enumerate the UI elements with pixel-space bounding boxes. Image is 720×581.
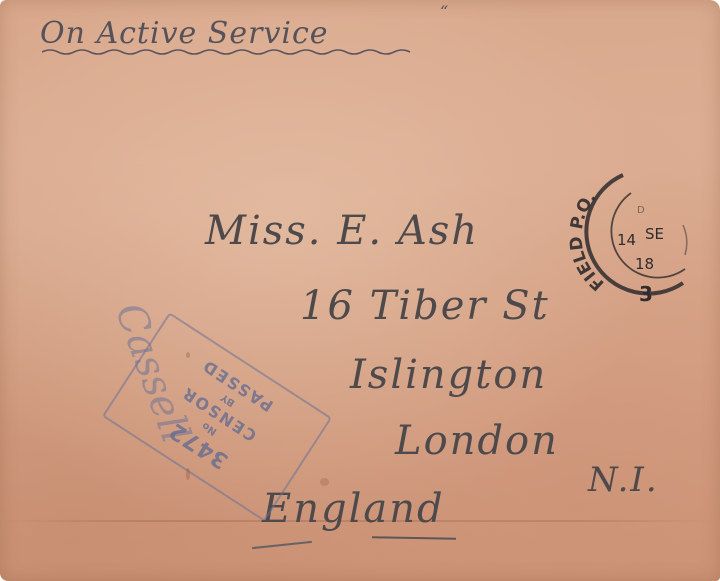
- postmark-office-number: 3: [639, 282, 653, 305]
- postmark-month: SE: [645, 225, 664, 243]
- recipient-name: Miss. E. Ash: [205, 208, 479, 254]
- country-underline-flourish: [252, 541, 312, 549]
- postmark-top-letter: D: [637, 205, 645, 216]
- paper-stain: [320, 478, 329, 486]
- address-street: 16 Tiber St: [300, 283, 550, 329]
- field-post-office-postmark: FIELD P.O. D 14 SE 18 3: [565, 165, 705, 305]
- envelope: On Active Service “ Miss. E. Ash 16 Tibe…: [0, 0, 720, 581]
- ink-speck: [186, 468, 190, 480]
- quote-mark: “: [440, 2, 450, 21]
- heading-wavy-underline: [42, 48, 417, 56]
- country-underline: [372, 536, 456, 539]
- on-active-service-heading: On Active Service: [40, 16, 329, 51]
- address-postal-district: N.I.: [588, 460, 659, 500]
- postmark-day: 14: [617, 231, 636, 249]
- address-country: England: [262, 486, 445, 532]
- address-district: Islington: [350, 352, 547, 398]
- postmark-year: 18: [635, 255, 654, 273]
- address-city: London: [395, 418, 559, 464]
- ink-speck: [186, 352, 190, 358]
